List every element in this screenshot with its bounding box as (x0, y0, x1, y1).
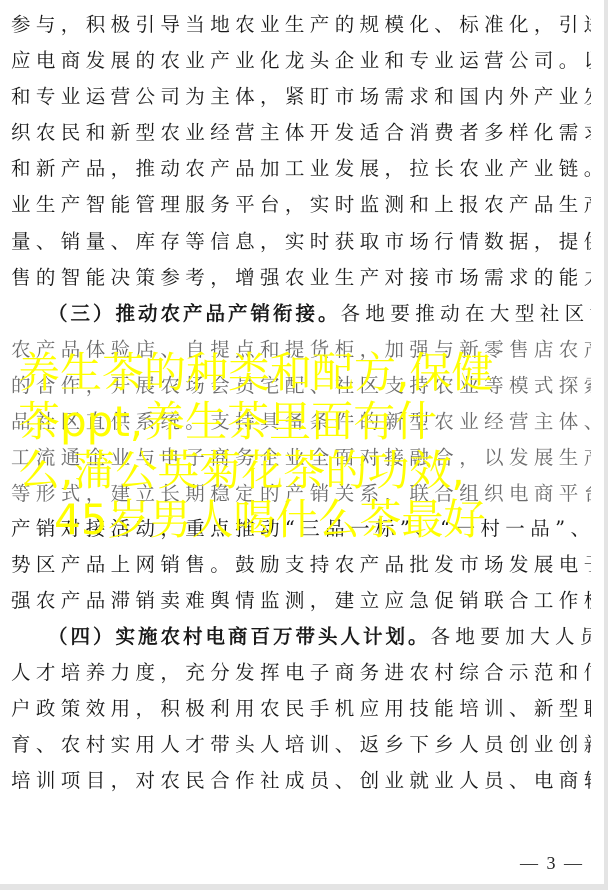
page-number: — 3 — (520, 853, 584, 874)
text-line: 量、销量、库存等信息，实时获取市场行情数据，提供农产品生产销 (11, 230, 591, 254)
scan-edge-bottom (0, 884, 608, 890)
overlay-line: 茶ppt,养生茶里面有什 (18, 397, 598, 446)
text-line: 和新产品，推动农产品加工业发展，拉长农业产业链。加快推广农 (11, 157, 591, 181)
section-4-lead: 各地要加大人员培训和 (431, 625, 591, 648)
overlay-line: 45岁男人喝什么茶最好 (18, 495, 598, 544)
text-line: 育、农村实用人才带头人培训、返乡下乡人员创业创新培训等现有 (11, 733, 591, 757)
overlay-line: 么,蒲公英菊花茶的功效, (18, 446, 598, 495)
text-line: 势区产品上网销售。鼓励支持农产品批发市场发展电子商务。加 (11, 553, 591, 577)
text-line: 和专业运营公司为主体，紧盯市场需求和国内外产业发展动向，组 (11, 85, 591, 109)
section-4-first-line: （四）实施农村电商百万带头人计划。各地要加大人员培训和 (48, 625, 591, 649)
section-3-first-line: （三）推动农产品产销衔接。各地要推动在大型社区试点设立 (48, 302, 591, 326)
text-line: 人才培养力度，充分发挥电子商务进农村综合示范和信息进村入 (11, 661, 591, 685)
text-line: 强农产品滞销卖难舆情监测，建立应急促销联合工作机制。 (11, 589, 591, 613)
overlay-title: 养生茶的种类和配方,保健 茶ppt,养生茶里面有什 么,蒲公英菊花茶的功效, 4… (18, 348, 598, 544)
text-line: 培训项目，对农民合作社成员、创业就业人员、电商转型的企业和 (11, 769, 591, 793)
text-line: 参与，积极引导当地农业生产的规模化、标准化，引进、培育一批适 (11, 13, 591, 37)
text-line: 应电商发展的农业产业化龙头企业和专业运营公司。以龙头企业 (11, 49, 591, 73)
text-line: 户政策效用，积极利用农民手机应用技能培训、新型职业农民培 (11, 697, 591, 721)
scan-edge-right (604, 0, 608, 890)
overlay-line: 养生茶的种类和配方,保健 (18, 348, 598, 397)
section-3-lead: 各地要推动在大型社区试点设立 (341, 302, 591, 325)
section-3-heading: （三）推动农产品产销衔接。 (48, 302, 341, 325)
text-line: 售的智能决策参考，增强农业生产对接市场需求的能力。 (11, 266, 591, 290)
section-4-heading: （四）实施农村电商百万带头人计划。 (48, 625, 431, 648)
text-line: 业生产智能管理服务平台，实时监测和上报农产品生产计划、产 (11, 193, 591, 217)
text-line: 织农民和新型农业经营主体开发适合消费者多样化需求的新品种 (11, 121, 591, 145)
